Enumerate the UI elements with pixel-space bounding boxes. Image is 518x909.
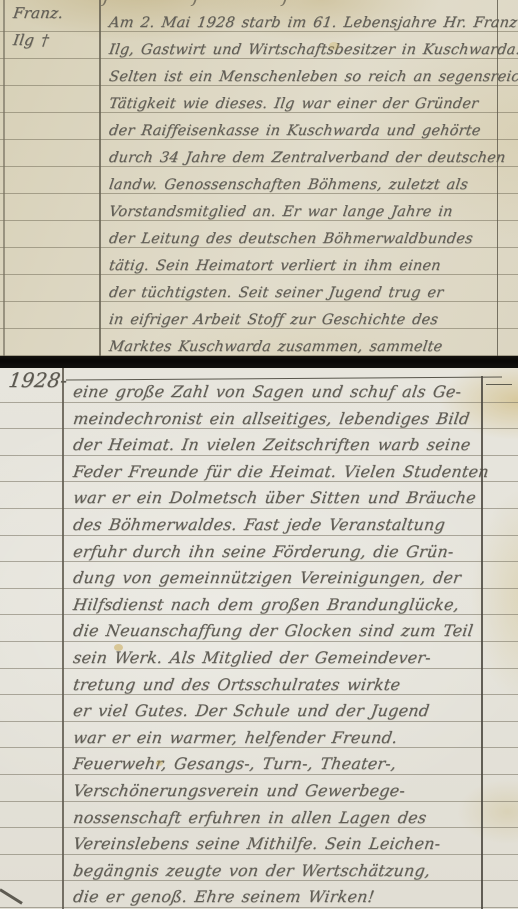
handwritten-line: tätig. Sein Heimatort verliert in ihm ei…	[108, 258, 442, 274]
handwritten-line: Hilfsdienst nach dem großen Brandunglück…	[72, 595, 460, 614]
margin-entry-year: 1928-	[7, 368, 66, 392]
ruled-row: durch 34 Jahre dem Zentralverband der de…	[0, 140, 518, 167]
margin-entry-surname-dagger: Ilg †	[12, 30, 48, 49]
handwritten-line: er viel Gutes. Der Schule und der Jugend	[72, 701, 431, 720]
scan-segment-bottom: eine große Zahl von Sagen und schuf als …	[0, 368, 518, 909]
margin-rule-bottom	[62, 368, 64, 909]
ruled-row: sein Werk. Als Mitglied der Gemeindever-	[0, 642, 518, 669]
right-rule-top	[497, 0, 498, 356]
ruled-row: der tüchtigsten. Seit seiner Jugend trug…	[0, 275, 518, 302]
foxing-stain	[156, 760, 163, 766]
margin-rule-top	[99, 0, 101, 356]
handwritten-line: erfuhr durch ihn seine Förderung, die Gr…	[72, 542, 455, 561]
handwritten-line: Verschönerungsverein und Gewerbege-	[72, 781, 406, 800]
ruled-row: die Neuanschaffung der Glocken sind zum …	[0, 615, 518, 642]
ruled-row: Hilfsdienst nach dem großen Brandunglück…	[0, 589, 518, 616]
scanned-document-page: f f f Am 2. Mai 1928 starb im 61. Lebens…	[0, 0, 518, 909]
ruled-row: in eifriger Arbeit Stoff zur Geschichte …	[0, 302, 518, 329]
handwritten-line: Am 2. Mai 1928 starb im 61. Lebensjahre …	[108, 15, 518, 31]
handwritten-line: meindechronist ein allseitiges, lebendig…	[72, 409, 471, 428]
ruled-row: war er ein Dolmetsch über Sitten und Brä…	[0, 482, 518, 509]
handwritten-line: war er ein Dolmetsch über Sitten und Brä…	[72, 488, 477, 507]
handwritten-line: der Raiffeisenkasse in Kuschwarda und ge…	[108, 123, 482, 139]
ruled-row: der Raiffeisenkasse in Kuschwarda und ge…	[0, 113, 518, 140]
handwritten-line: der Heimat. In vielen Zeitschriften warb…	[72, 435, 472, 454]
ruled-row: landw. Genossenschaften Böhmens, zuletzt…	[0, 167, 518, 194]
ruled-row: nossenschaft erfuhren in allen Lagen des	[0, 802, 518, 829]
handwritten-line: dung von gemeinnützigen Vereinigungen, d…	[72, 568, 462, 587]
ruled-row: der Leitung des deutschen Böhmerwaldbund…	[0, 221, 518, 248]
handwritten-line: nossenschaft erfuhren in allen Lagen des	[72, 808, 428, 827]
ruled-row: die er genoß. Ehre seinem Wirken!	[0, 881, 518, 908]
handwritten-line: tretung und des Ortsschulrates wirkte	[72, 675, 402, 694]
handwritten-line: Vorstandsmitglied an. Er war lange Jahre…	[108, 204, 454, 220]
left-edge-rule-top	[3, 0, 5, 356]
margin-entry-surname-text: Ilg †	[12, 31, 50, 49]
ruled-row: er viel Gutes. Der Schule und der Jugend	[0, 695, 518, 722]
ruled-text-area-top: Am 2. Mai 1928 starb im 61. Lebensjahre …	[0, 5, 518, 356]
margin-entry-name-text: Franz.	[12, 4, 65, 22]
handwritten-line: die er genoß. Ehre seinem Wirken!	[72, 887, 376, 906]
ruled-row: tätig. Sein Heimatort verliert in ihm ei…	[0, 248, 518, 275]
ruled-row: Marktes Kuschwarda zusammen, sammelte	[0, 329, 518, 356]
ruled-row: begängnis zeugte von der Wertschätzung,	[0, 855, 518, 882]
handwritten-line: in eifriger Arbeit Stoff zur Geschichte …	[108, 312, 439, 328]
ruled-row: Verschönerungsverein und Gewerbege-	[0, 775, 518, 802]
ruled-row: Feuerwehr, Gesangs-, Turn-, Theater-,	[0, 748, 518, 775]
ruled-row: Vorstandsmitglied an. Er war lange Jahre…	[0, 194, 518, 221]
handwritten-line: war er ein warmer, helfender Freund.	[72, 728, 399, 747]
ruled-text-area-bottom: eine große Zahl von Sagen und schuf als …	[0, 376, 518, 908]
handwritten-line: Selten ist ein Menschenleben so reich an…	[108, 69, 518, 85]
handwritten-line: durch 34 Jahre dem Zentralverband der de…	[108, 150, 507, 166]
entry-header-dash	[486, 384, 512, 385]
handwritten-line: der tüchtigsten. Seit seiner Jugend trug…	[108, 285, 444, 301]
ruled-row: Vereinslebens seine Mithilfe. Sein Leich…	[0, 828, 518, 855]
handwritten-line: der Leitung des deutschen Böhmerwaldbund…	[108, 231, 474, 247]
handwritten-line: Feder Freunde für die Heimat. Vielen Stu…	[72, 462, 490, 481]
handwritten-line: Ilg, Gastwirt und Wirtschaftsbesitzer in…	[108, 42, 518, 58]
ruled-row: tretung und des Ortsschulrates wirkte	[0, 669, 518, 696]
scan-divider-band	[0, 356, 518, 368]
handwritten-line: begängnis zeugte von der Wertschätzung,	[72, 861, 432, 880]
ruled-row: der Heimat. In vielen Zeitschriften warb…	[0, 429, 518, 456]
handwritten-line: die Neuanschaffung der Glocken sind zum …	[72, 621, 474, 640]
ruled-row: dung von gemeinnützigen Vereinigungen, d…	[0, 562, 518, 589]
handwritten-line: Marktes Kuschwarda zusammen, sammelte	[108, 339, 444, 355]
foxing-stain	[114, 644, 123, 651]
handwritten-line: sein Werk. Als Mitglied der Gemeindever-	[72, 648, 432, 667]
margin-entry-name: Franz.	[12, 3, 62, 22]
handwritten-line: Tätigkeit wie dieses. Ilg war einer der …	[108, 96, 479, 112]
ruled-row: Tätigkeit wie dieses. Ilg war einer der …	[0, 86, 518, 113]
ruled-row: meindechronist ein allseitiges, lebendig…	[0, 403, 518, 430]
ruled-row: Am 2. Mai 1928 starb im 61. Lebensjahre …	[0, 5, 518, 32]
ruled-row: war er ein warmer, helfender Freund.	[0, 722, 518, 749]
handwritten-line: Feuerwehr, Gesangs-, Turn-, Theater-,	[72, 754, 398, 773]
handwritten-line: Vereinslebens seine Mithilfe. Sein Leich…	[72, 834, 442, 853]
ruled-row: Selten ist ein Menschenleben so reich an…	[0, 59, 518, 86]
handwritten-line: landw. Genossenschaften Böhmens, zuletzt…	[108, 177, 469, 193]
foxing-stain	[329, 42, 339, 50]
ruled-row: Feder Freunde für die Heimat. Vielen Stu…	[0, 456, 518, 483]
right-rule-bottom	[481, 376, 483, 909]
handwritten-line: des Böhmerwaldes. Fast jede Veranstaltun…	[72, 515, 446, 534]
handwritten-line: eine große Zahl von Sagen und schuf als …	[72, 382, 463, 401]
margin-entry-year-text: 1928-	[7, 368, 69, 392]
ruled-row: des Böhmerwaldes. Fast jede Veranstaltun…	[0, 509, 518, 536]
ruled-row: Ilg, Gastwirt und Wirtschaftsbesitzer in…	[0, 32, 518, 59]
ruled-row: erfuhr durch ihn seine Förderung, die Gr…	[0, 536, 518, 563]
scan-segment-top: f f f Am 2. Mai 1928 starb im 61. Lebens…	[0, 0, 518, 356]
